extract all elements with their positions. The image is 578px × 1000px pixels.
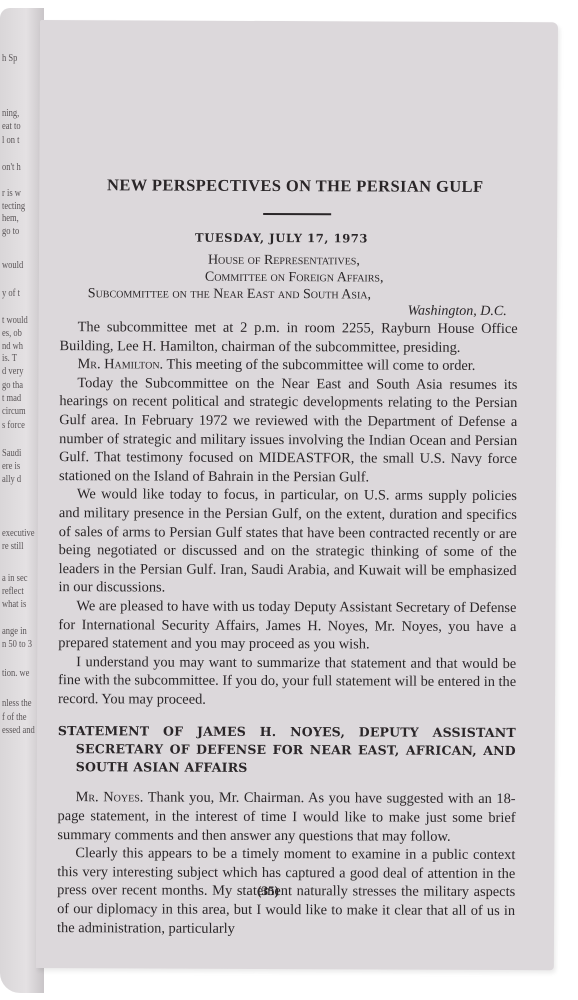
left-page-text-fragment: eat to [2,121,21,132]
left-page-text-fragment: d very [2,366,23,377]
paragraph-text: I understand you may want to summarize t… [58,654,516,708]
left-page-text-fragment: tecting [2,201,25,212]
paragraph: Mr. Hamilton. This meeting of the subcom… [59,355,517,376]
paragraph: I understand you may want to summarize t… [58,653,516,711]
speaker-name: Mr. Noyes. [76,790,144,806]
paragraph-text: The subcommittee met at 2 p.m. in room 2… [60,319,518,355]
left-page-text-fragment: ally d [2,474,21,485]
paragraph: We would like today to focus, in particu… [58,485,516,599]
paragraph: Clearly this appears to be a timely mome… [57,844,515,939]
left-page-text-fragment: r is w [2,188,21,199]
left-page-text-fragment: go to [2,226,19,237]
paragraph-text: This meeting of the subcommittee will co… [163,357,475,374]
left-page-text-fragment: is. T [2,353,17,364]
opening-paragraphs: The subcommittee met at 2 p.m. in room 2… [58,318,518,710]
left-page-text-fragment: es, ob [2,328,22,339]
left-page-text-fragment: circum [2,406,26,417]
hearing-location: Washington, D.C. [408,304,507,320]
paragraph-text: Today the Subcommittee on the Near East … [59,375,517,485]
left-page-text-fragment: essed and [2,725,35,736]
left-page-text-fragment: nd wh [2,341,23,352]
address-line-committee: Committee on Foreign Affairs, [205,270,384,287]
left-page-text-fragment: reflect [2,586,24,597]
book-page: NEW PERSPECTIVES ON THE PERSIAN GULF TUE… [36,20,558,970]
left-page-text-fragment: executive [2,528,35,539]
paragraph: Mr. Noyes. Thank you, Mr. Chairman. As y… [57,789,515,847]
left-page-text-fragment: hem, [2,213,19,224]
speaker-name: Mr. Hamilton. [77,356,163,372]
left-page-text-fragment: tion. we [2,668,29,679]
document-body: The subcommittee met at 2 p.m. in room 2… [57,318,518,939]
address-line-subcommittee: Subcommittee on the Near East and South … [88,286,371,303]
left-page-text-fragment: ere is [2,461,20,472]
left-page-text-fragment: a in sec [2,573,28,584]
left-page-text-fragment: t mad [2,393,21,404]
page-number: (35) [257,883,279,899]
left-page-text-fragment: on't h [2,162,21,173]
document-title: NEW PERSPECTIVES ON THE PERSIAN GULF [85,175,505,197]
paragraph-text: We are pleased to have with us today Dep… [58,598,516,652]
left-page-text-fragment: s force [2,420,25,431]
left-page-text-fragment: ange in [2,626,27,637]
left-page-text-fragment: what is [2,599,26,610]
paragraph-text: We would like today to focus, in particu… [58,487,516,596]
left-page-text-fragment: n 50 to 3 [2,639,32,650]
paragraph: The subcommittee met at 2 p.m. in room 2… [60,318,518,357]
section-heading: STATEMENT OF JAMES H. NOYES, DEPUTY ASSI… [58,723,516,779]
left-page-text-fragment: ning, [2,108,19,119]
left-page-text-fragment: nless the [2,698,32,709]
left-page-text-fragment: h Sp [2,53,17,64]
paragraph: We are pleased to have with us today Dep… [58,597,516,655]
left-page-text-fragment: y of t [2,288,20,299]
left-page-text-fragment: t would [2,315,28,326]
left-page-text-fragment: Saudi [2,448,21,459]
left-page-text-fragment: l on t [2,135,19,146]
left-page-text-fragment: go tha [2,380,23,391]
address-line-house: House of Representatives, [208,253,360,270]
title-divider [263,213,331,215]
left-page-text-fragment: re still [2,541,23,552]
left-page-text-fragment: f of the [2,712,27,723]
paragraph: Today the Subcommittee on the Near East … [59,374,517,488]
left-page-text-fragment: would [2,260,23,271]
paragraph-text: Clearly this appears to be a timely mome… [57,845,515,936]
hearing-date: TUESDAY, JULY 17, 1973 [195,231,368,246]
statement-paragraphs: Mr. Noyes. Thank you, Mr. Chairman. As y… [57,789,516,940]
